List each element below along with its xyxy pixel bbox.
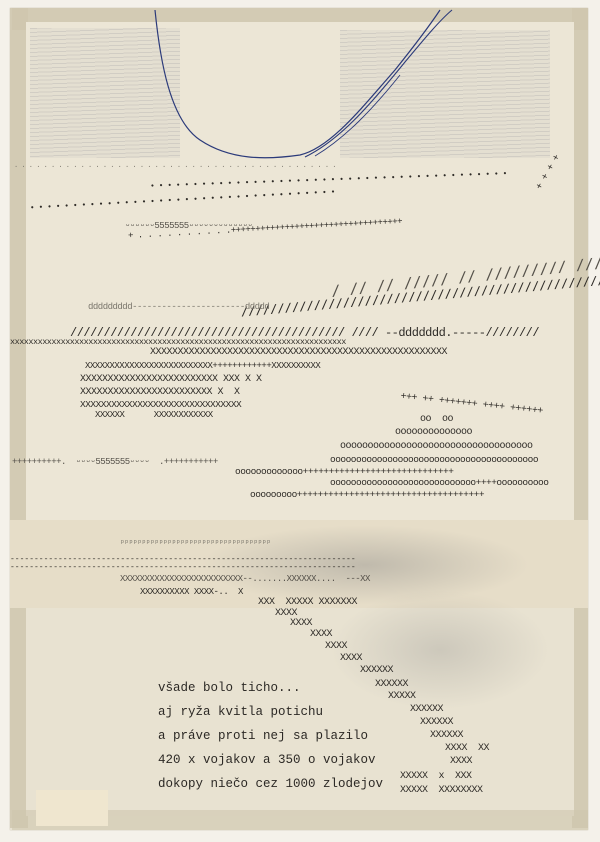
typed-x-diagonal: XXXX: [325, 642, 347, 652]
typed-x-band: XXXXXXXXXX XXXX-.. X: [140, 588, 243, 597]
poem-line: dokopy niečo cez 1000 zlodejov: [158, 772, 383, 796]
typed-x-diagonal: XXXXX XXXXXXXX: [400, 786, 483, 796]
typed-x-row: XXXXXXXXXXXXXXXXXXXXXXXXXX++++++++++++XX…: [85, 362, 320, 371]
poem-line: 420 x vojakov a 350 o vojakov: [158, 748, 383, 772]
typed-x-diagonal: XXXXX x XXX: [400, 772, 472, 782]
typed-o-row: ooooooooooooooooooooooooooooooooooo: [340, 442, 533, 452]
typed-o-row: ooooooooooooo+++++++++++++++++++++++++++…: [235, 467, 453, 477]
typed-x-row: XXXXXXXXXXXXXXXXXXXXXXXXXXXXXXX: [80, 400, 241, 410]
typed-p-row: ᵖᵖᵖᵖᵖᵖᵖᵖᵖᵖᵖᵖᵖᵖᵖᵖᵖᵖᵖᵖᵖᵖᵖᵖᵖᵖᵖᵖᵖᵖᵖᵖᵖᵖᵖ: [120, 540, 271, 548]
typed-x-diagonal: XXXX: [290, 619, 312, 629]
typed-x-row: XXXXXXXXXXXXXXXXXXXXXXXXX XXX X X: [80, 375, 262, 385]
typed-d-row: ddddddddd-----------------------ddddd: [88, 303, 269, 312]
typed-dash-row: ----------------------------------------…: [10, 564, 356, 572]
typed-x-diagonal: XXXX XX: [445, 744, 489, 754]
typed-x-diagonal: XXXXXX: [420, 718, 453, 728]
typed-x-diagonal: XXXX: [450, 757, 472, 767]
typed-x-diagonal: XXXX: [340, 654, 362, 664]
typed-o-row: ooooooooo+++++++++++++++++++++++++++++++…: [250, 490, 484, 500]
typed-x-row: xxxxxxxxxxxxxxxxxxxxxxxxxxxxxxxxxxxxxxxx…: [10, 338, 346, 347]
typed-x-band: XXXXXXXXXXXXXXXXXXXXXXXXX--.......XXXXXX…: [120, 575, 370, 584]
typed-o-row: oooooooooooooooooooooooooooooooooooooooo: [330, 455, 538, 465]
poem-text: všade bolo ticho... aj ryža kvitla potic…: [158, 676, 383, 796]
poem-line: a práve proti nej sa plazilo: [158, 724, 383, 748]
poem-line: aj ryža kvitla potichu: [158, 700, 383, 724]
typed-x-diagonal: XXXXX: [388, 692, 416, 702]
typed-x-diagonal: XXXXXX: [360, 666, 393, 676]
poem-line: všade bolo ticho...: [158, 676, 383, 700]
typed-x-row: XXXXXXXXXXXXXXXXXXXXXXXX X X: [80, 388, 240, 398]
typed-x-diagonal: XXXX: [310, 630, 332, 640]
typed-plus-left-row: ++++++++++. ᵕᵕᵕᵕ5555555ᵕᵕᵕᵕ .+++++++++++: [12, 458, 218, 467]
typed-x-diagonal: XXXXXX: [410, 705, 443, 715]
typed-x-diagonal: XXXXXX: [430, 731, 463, 741]
typed-o-row: oooooooooooooo: [395, 428, 472, 438]
typed-x-diagonal: XXX XXXXX XXXXXXX: [258, 598, 357, 608]
typed-o-row: oooooooooooooooooooooooooooo++++oooooooo…: [330, 478, 548, 488]
typed-o-row: oo oo: [420, 415, 453, 425]
typed-dots-row: . . . . . . . . . . . . . . . . . . . . …: [14, 163, 336, 170]
typed-x-row: XXXXXX XXXXXXXXXXXX: [95, 411, 213, 420]
typed-x-row: XXXXXXXXXXXXXXXXXXXXXXXXXXXXXXXXXXXXXXXX…: [150, 348, 447, 358]
